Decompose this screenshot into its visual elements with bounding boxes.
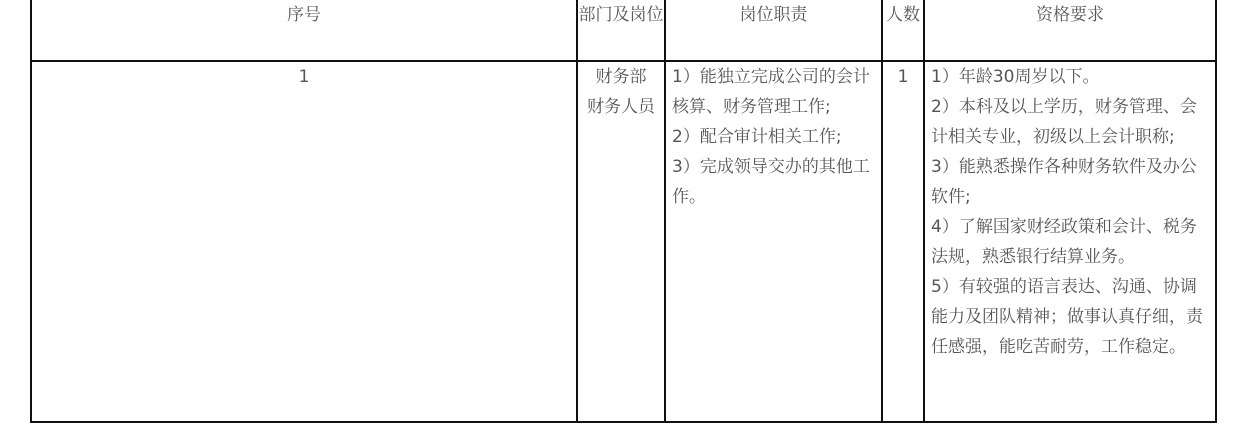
requirement-item: 3）能熟悉操作各种财务软件及办公软件;	[931, 152, 1209, 212]
recruitment-table: 序号 部门及岗位 岗位职责 人数 资格要求 1 财务部 财务人员 1）能独立完成…	[30, 0, 1217, 423]
row-headcount: 1	[882, 61, 924, 422]
header-headcount: 人数	[882, 0, 924, 61]
position: 财务人员	[578, 92, 664, 122]
header-duties: 岗位职责	[665, 0, 882, 61]
department: 财务部	[578, 62, 664, 92]
table-row: 1 财务部 财务人员 1）能独立完成公司的会计核算、财务管理工作; 2）配合审计…	[31, 61, 1216, 422]
header-index: 序号	[31, 0, 577, 61]
requirement-item: 2）本科及以上学历，财务管理、会计相关专业，初级以上会计职称;	[931, 92, 1209, 152]
row-department-position: 财务部 财务人员	[577, 61, 665, 422]
duty-item: 3）完成领导交办的其他工作。	[672, 152, 875, 212]
duty-item: 2）配合审计相关工作;	[672, 122, 875, 152]
row-requirements: 1）年龄30周岁以下。 2）本科及以上学历，财务管理、会计相关专业，初级以上会计…	[924, 61, 1216, 422]
header-department: 部门及岗位	[577, 0, 665, 61]
row-duties: 1）能独立完成公司的会计核算、财务管理工作; 2）配合审计相关工作; 3）完成领…	[665, 61, 882, 422]
row-index: 1	[31, 61, 577, 422]
table-header-row: 序号 部门及岗位 岗位职责 人数 资格要求	[31, 0, 1216, 61]
requirement-item: 4）了解国家财经政策和会计、税务法规，熟悉银行结算业务。	[931, 212, 1209, 272]
duty-item: 1）能独立完成公司的会计核算、财务管理工作;	[672, 62, 875, 122]
requirement-item: 1）年龄30周岁以下。	[931, 62, 1209, 92]
header-requirements: 资格要求	[924, 0, 1216, 61]
requirement-item: 5）有较强的语言表达、沟通、协调能力及团队精神；做事认真仔细，责任感强，能吃苦耐…	[931, 272, 1209, 362]
